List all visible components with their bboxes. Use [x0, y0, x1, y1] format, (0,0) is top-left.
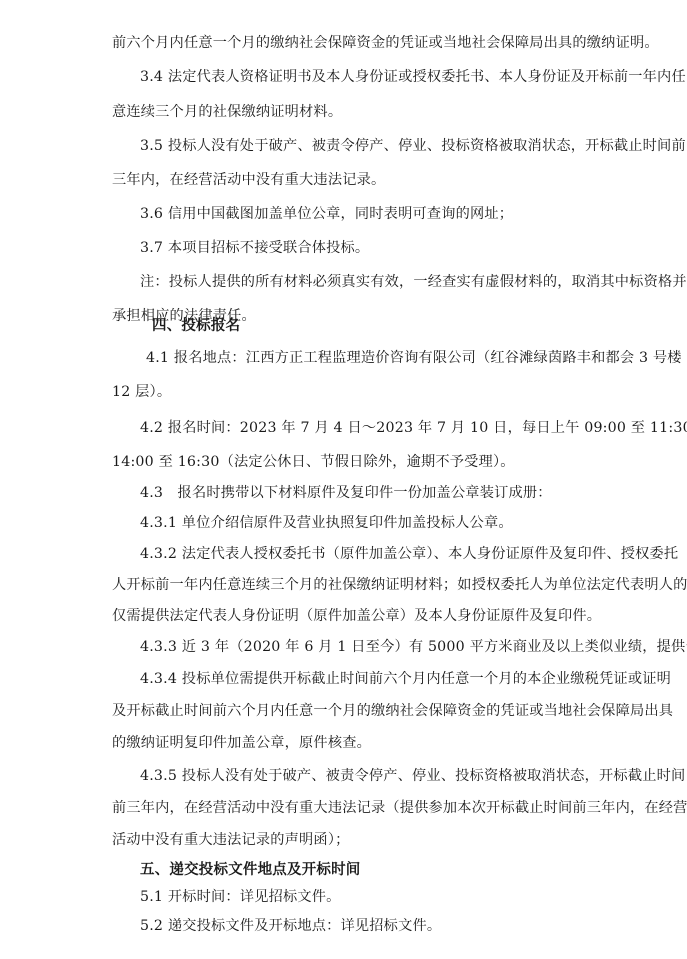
- text-line: 活动中没有重大违法记录的声明函）；: [112, 831, 350, 849]
- text-line-3-7: 3.7 本项目招标不接受联合体投标。: [140, 239, 369, 257]
- text-line: 前三年内，在经营活动中没有重大违法记录（提供参加本次开标截止时间前三年内，在经营: [112, 799, 687, 817]
- text-line-4-2: 4.2 报名时间：2023 年 7 月 4 日～2023 年 7 月 10 日，…: [140, 419, 687, 437]
- text-line-4-3-1: 4.3.1 单位介绍信原件及营业执照复印件加盖投标人公章。: [140, 514, 513, 532]
- text-line-4-3: 4.3 报名时携带以下材料原件及复印件一份加盖公章装订成册：: [140, 484, 552, 502]
- section-5-heading: 五、递交投标文件地点及开标时间: [140, 861, 361, 879]
- text-line: 14:00 至 16:30（法定公休日、节假日除外，逾期不予受理）。: [112, 453, 515, 471]
- text-line-5-2: 5.2 递交投标文件及开标地点：详见招标文件。: [140, 917, 441, 935]
- text-line-3-4: 3.4 法定代表人资格证明书及本人身份证或授权委托书、本人身份证及开标前一年内任: [140, 68, 686, 86]
- text-line-4-3-4: 4.3.4 投标单位需提供开标截止时间前六个月内任意一个月的本企业缴税凭证或证明: [140, 670, 671, 688]
- text-line: 三年内，在经营活动中没有重大违法记录。: [112, 171, 385, 189]
- note-line: 注：投标人提供的所有材料必须真实有效，一经查实有虚假材料的，取消其中标资格并: [140, 273, 687, 291]
- text-line-5-1: 5.1 开标时间：详见招标文件。: [140, 888, 341, 906]
- text-line: 的缴纳证明复印件加盖公章，原件核查。: [112, 734, 371, 752]
- text-line-3-5: 3.5 投标人没有处于破产、被责令停产、停业、投标资格被取消状态，开标截止时间前: [140, 137, 686, 155]
- document-page: 前六个月内任意一个月的缴纳社会保障资金的凭证或当地社会保障局出具的缴纳证明。 3…: [0, 0, 687, 959]
- text-line: 人开标前一年内任意连续三个月的社保缴纳证明材料；如授权委托人为单位法定代表明人的…: [112, 576, 687, 594]
- text-line-4-3-3: 4.3.3 近 3 年（2020 年 6 月 1 日至今）有 5000 平方米商…: [140, 638, 687, 656]
- text-line: 仅需提供法定代表人身份证明（原件加盖公章）及本人身份证原件及复印件。: [112, 607, 601, 625]
- text-line: 及开标截止时间前六个月内任意一个月的缴纳社会保障资金的凭证或当地社会保障局出具: [112, 702, 673, 720]
- text-line-4-3-2: 4.3.2 法定代表人授权委托书（原件加盖公章）、本人身份证原件及复印件、授权委…: [140, 545, 678, 563]
- text-line: 前六个月内任意一个月的缴纳社会保障资金的凭证或当地社会保障局出具的缴纳证明。: [112, 34, 659, 52]
- text-line-4-3-5: 4.3.5 投标人没有处于破产、被责令停产、停业、投标资格被取消状态，开标截止时…: [140, 767, 685, 785]
- text-line-4-1: 4.1 报名地点：江西方正工程监理造价咨询有限公司（红谷滩绿茵路丰和都会 3 号…: [146, 349, 682, 367]
- text-line: 意连续三个月的社保缴纳证明材料。: [112, 103, 342, 121]
- text-line: 12 层）。: [112, 383, 171, 401]
- section-4-heading: 四、投标报名: [152, 317, 240, 335]
- text-line-3-6: 3.6 信用中国截图加盖单位公章，同时表明可查询的网址；: [140, 205, 513, 223]
